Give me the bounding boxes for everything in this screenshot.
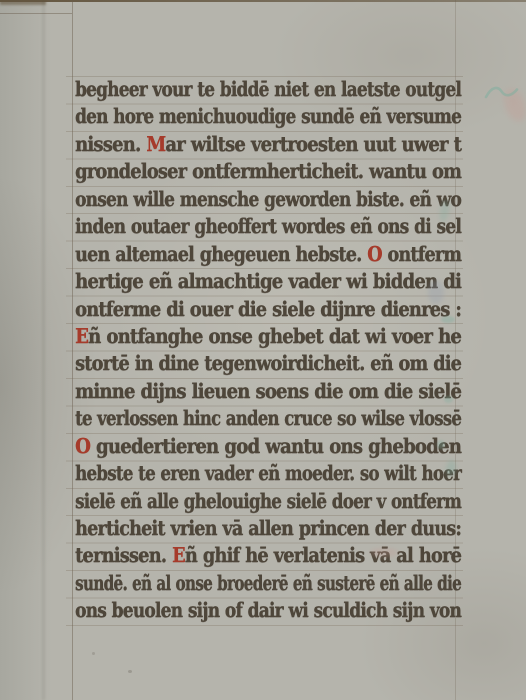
- manuscript-line: begheer vour te biddē niet en laetste ou…: [75, 76, 461, 103]
- ink-text: ternissen.: [75, 543, 172, 567]
- manuscript-line: sundē. eñ al onse broederē eñ susterē eñ…: [75, 570, 461, 597]
- manuscript-line: herticheit vrien vā allen princen der du…: [75, 515, 461, 542]
- top-margin-ruling-line: [0, 13, 72, 14]
- manuscript-line: stortē in dine tegenwoirdicheit. eñ om d…: [75, 350, 461, 377]
- manuscript-line: hertige eñ almachtige vader wi bidden di: [75, 268, 461, 295]
- manuscript-page: begheer vour te biddē niet en laetste ou…: [0, 0, 526, 700]
- rubric-initial: O: [367, 242, 382, 266]
- ink-text: guedertieren god wantu ons gheboden: [90, 434, 461, 458]
- manuscript-line: te verlossen hinc anden cruce so wilse v…: [75, 405, 461, 432]
- manuscript-line: minne dijns lieuen soens die om die siel…: [75, 378, 461, 405]
- rubric-initial: O: [75, 434, 90, 458]
- page-top-edge: [0, 0, 526, 2]
- ink-text: hertige eñ almachtige vader wi bidden di: [75, 269, 461, 293]
- text-block: begheer vour te biddē niet en laetste ou…: [75, 76, 461, 625]
- manuscript-line: hebste te eren vader eñ moeder. so wilt …: [75, 460, 461, 487]
- photo-frame: begheer vour te biddē niet en laetste ou…: [0, 0, 526, 700]
- manuscript-line: sielē eñ alle ghelouighe sielē doer v on…: [75, 488, 461, 515]
- manuscript-line: onsen wille mensche geworden biste. eñ w…: [75, 186, 461, 213]
- ink-text: ons beuolen sijn of dair wi sculdich sij…: [75, 598, 461, 622]
- rubric-initial: E: [75, 324, 88, 348]
- manuscript-line: Eñ ontfanghe onse ghebet dat wi voer he: [75, 323, 461, 350]
- ink-text: ontferm: [382, 242, 461, 266]
- rubric-initial: M: [146, 132, 165, 156]
- manuscript-line: nissen. Mar wiltse vertroesten uut uwer …: [75, 131, 461, 158]
- left-fold-shadow: [42, 0, 45, 700]
- ink-text: sundē. eñ al onse broederē eñ susterē eñ…: [75, 571, 461, 595]
- ink-text: den hore menichuoudige sundē eñ versume: [75, 104, 461, 128]
- ink-text: stortē in dine tegenwoirdicheit. eñ om d…: [75, 351, 461, 375]
- manuscript-line: uen altemael ghegeuen hebste. O ontferm: [75, 241, 461, 268]
- teal-dash-2: [441, 316, 455, 323]
- teal-dot-1: [444, 396, 453, 403]
- teal-squiggle-stain: [484, 84, 520, 102]
- ink-text: uen altemael ghegeuen hebste.: [75, 242, 367, 266]
- manuscript-line: O guedertieren god wantu ons gheboden: [75, 433, 461, 460]
- ink-text: minne dijns lieuen soens die om die siel…: [75, 379, 461, 403]
- manuscript-line: grondeloser ontfermherticheit. wantu om: [75, 158, 461, 185]
- ink-text: onsen wille mensche geworden biste. eñ w…: [75, 187, 461, 211]
- manuscript-line: inden outaer gheoffert wordes eñ ons di …: [75, 213, 461, 240]
- manuscript-line: ternissen. Eñ ghif hē verlatenis vā al h…: [75, 542, 461, 569]
- ink-text: sielē eñ alle ghelouighe sielē doer v on…: [75, 489, 461, 513]
- ink-text: ñ ghif hē verlatenis vā al horē: [185, 543, 461, 567]
- page-top-edge-corner: [0, 0, 46, 5]
- manuscript-line: ons beuolen sijn of dair wi sculdich sij…: [75, 597, 461, 624]
- rubric-initial: E: [172, 543, 185, 567]
- ink-text: ar wiltse vertroesten uut uwer t: [165, 132, 461, 156]
- manuscript-line: ontferme di ouer die siele dijnre dienre…: [75, 296, 461, 323]
- ink-text: hebste te eren vader eñ moeder. so wilt …: [75, 461, 461, 485]
- manuscript-line: den hore menichuoudige sundē eñ versume: [75, 103, 461, 130]
- ink-text: inden outaer gheoffert wordes eñ ons di …: [75, 214, 461, 238]
- ink-text: ñ ontfanghe onse ghebet dat wi voer he: [88, 324, 461, 348]
- ink-speck-1: [128, 670, 132, 673]
- pink-smudge-mid: [370, 548, 398, 557]
- ink-text: ontferme di ouer die siele dijnre dienre…: [75, 297, 461, 321]
- ink-text: te verlossen hinc anden cruce so wilse v…: [75, 406, 461, 430]
- blue-bleed-mark: [428, 280, 444, 304]
- ink-text: grondeloser ontfermherticheit. wantu om: [75, 159, 461, 183]
- ink-text: begheer vour te biddē niet en laetste ou…: [75, 77, 461, 101]
- teal-dot-2: [437, 440, 445, 449]
- ink-speck-2: [92, 652, 95, 655]
- ink-text: nissen.: [75, 132, 146, 156]
- ink-text: herticheit vrien vā allen princen der du…: [75, 516, 461, 540]
